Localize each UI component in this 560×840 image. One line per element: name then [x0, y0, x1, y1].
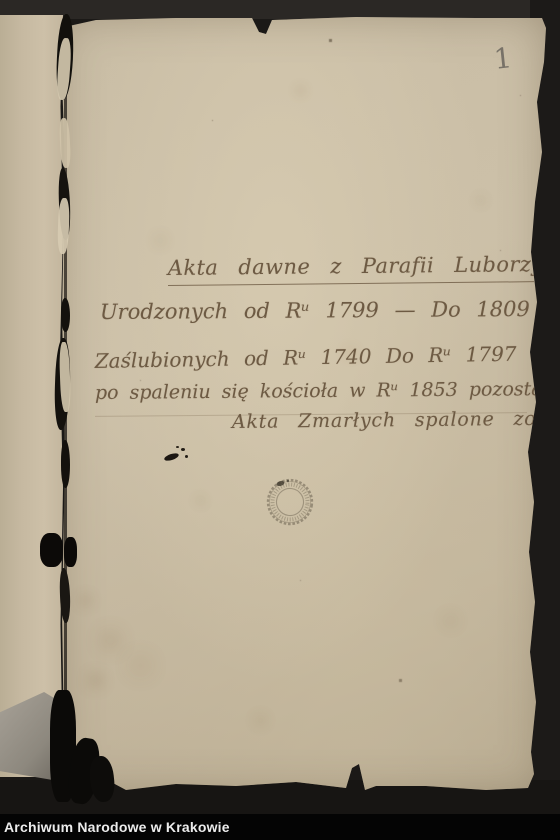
facing-page-sliver — [0, 15, 63, 777]
handwriting-line-fire-note: po spaleniu się kościoła w Rᵘ 1853 pozos… — [95, 378, 560, 404]
ink-blot-dot — [185, 455, 188, 458]
page-number: 1 — [492, 41, 513, 76]
footer-bar: Archiwum Narodowe w Krakowie — [0, 814, 560, 840]
crack-blob — [61, 298, 70, 332]
manuscript-page: 1 Akta dawne z Parafii Luborzyca Urodzon… — [56, 12, 548, 800]
crack-blob — [61, 440, 70, 488]
handwriting-line-marriages: Zaślubionych od Rᵘ 1740 Do Rᵘ 1797 i 180… — [95, 340, 560, 373]
handwriting-line-births: Urodzonych od Rᵘ 1799 — Do 1809 — [100, 297, 530, 324]
handwriting-title-line: Akta dawne z Parafii Luborzyca — [168, 252, 534, 286]
archive-name: Archiwum Narodowe w Krakowie — [4, 819, 230, 835]
handwriting-line-deaths: Akta Zmarłych spalone zostały. — [232, 407, 560, 433]
background-top-strip — [0, 0, 560, 19]
ink-blot-dot — [176, 446, 179, 448]
scanned-document-view: 1 Akta dawne z Parafii Luborzyca Urodzon… — [0, 0, 560, 840]
ink-blot-mark — [163, 452, 179, 462]
crack-blob — [64, 537, 77, 567]
ink-blot-dot — [181, 448, 185, 451]
round-ink-stamp-icon — [258, 470, 321, 533]
crack-blob — [40, 533, 63, 567]
ink-blot — [164, 446, 194, 470]
